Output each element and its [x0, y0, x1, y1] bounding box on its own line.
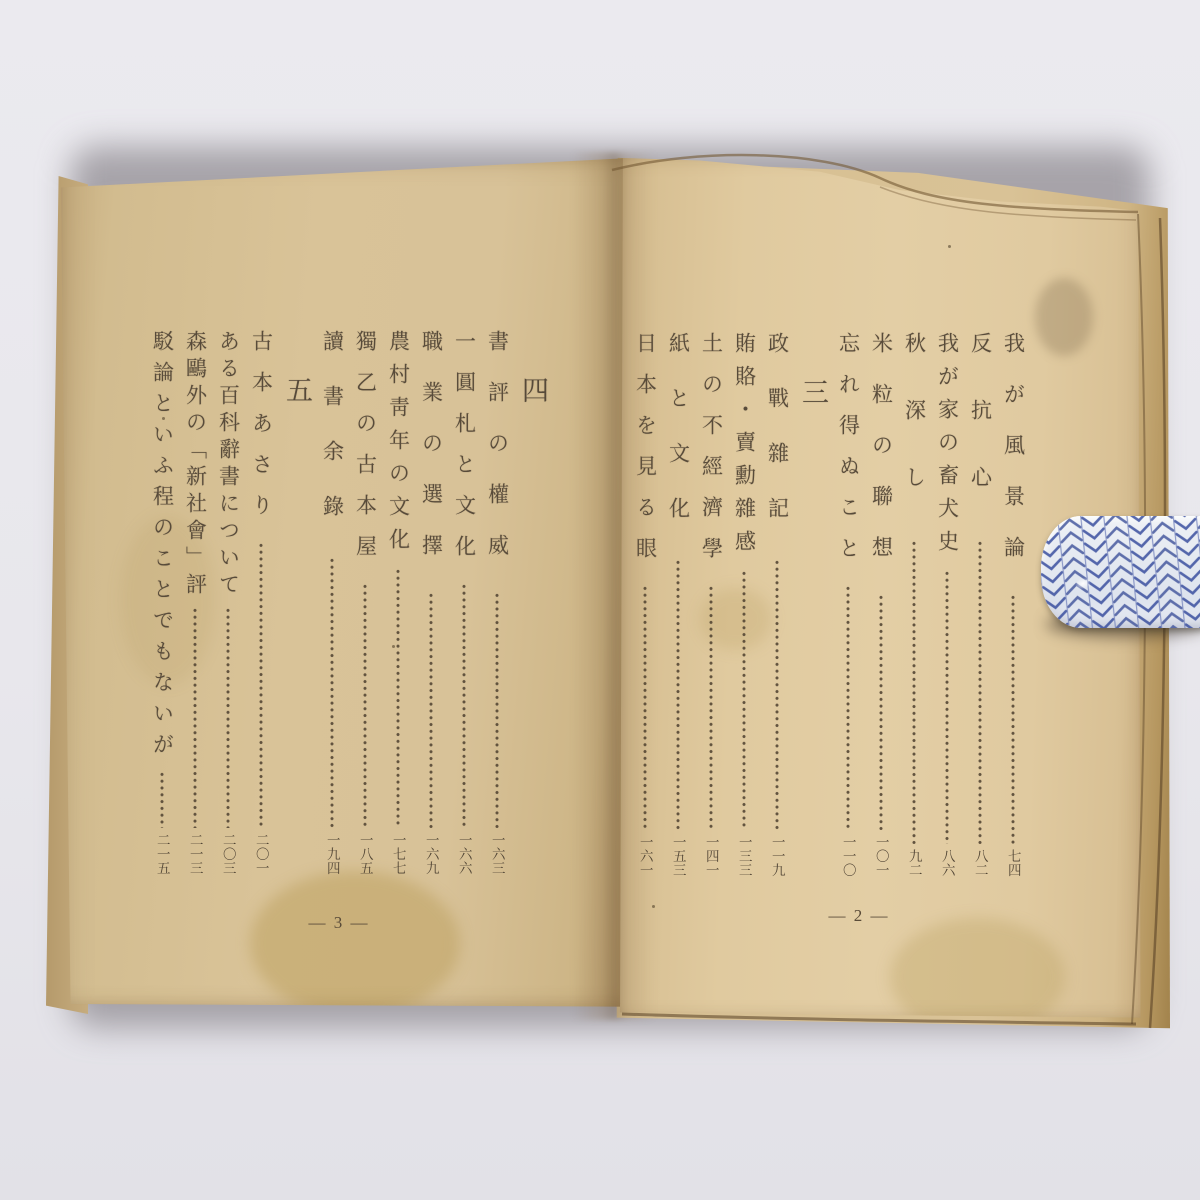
toc-title: 古本あさり — [251, 330, 272, 535]
paper-stain — [1035, 278, 1093, 356]
toc-title: 賄賂・賣勳雜感 — [734, 332, 755, 563]
porcelain-weight — [1041, 516, 1200, 628]
herringbone-pattern — [1041, 516, 1200, 628]
toc-page-number: 一九四 — [325, 833, 339, 875]
toc-leader-dots — [354, 583, 376, 828]
toc-column: ある百科辭書について 二〇三 — [217, 330, 239, 875]
toc-leader-dots — [903, 540, 925, 844]
toc-leader-dots — [936, 570, 958, 844]
toc-column: 讀書余錄 一九四 — [321, 330, 343, 875]
toc-title: ある百科辭書について — [218, 330, 239, 600]
paper-stain — [250, 871, 460, 1016]
toc-title: 政戰雜記 — [767, 332, 788, 552]
toc-leader-dots — [184, 607, 206, 828]
toc-column: 土の不經濟學 一四一 — [700, 332, 722, 877]
toc-column: 農村靑年の文化 一七七 — [387, 330, 409, 875]
toc-page-number: 二〇三 — [221, 833, 235, 875]
toc-column: 駁論といふ程のことでもないが 二一五 — [151, 330, 173, 875]
toc-column: 秋深し 九二 — [903, 332, 925, 877]
toc-column: 森鷗外の「新社會」評 二一三 — [184, 330, 206, 875]
section-number: 五 — [280, 330, 310, 875]
toc-title: 我が風景論 — [1003, 332, 1024, 587]
toc-leader-dots — [870, 594, 892, 830]
toc-title: 職業の選擇 — [421, 330, 442, 585]
toc-leader-dots — [453, 583, 475, 828]
toc-title: 我が家の畜犬史 — [937, 332, 958, 563]
section-number: 四 — [516, 330, 546, 875]
toc-page-number: 七四 — [1006, 849, 1020, 877]
toc-left: 四 書評の權威 一六三 一圓札と文化 一六六 職業の選擇 一六九 農村靑年の文化… — [134, 330, 546, 875]
toc-column: 職業の選擇 一六九 — [420, 330, 442, 875]
toc-column: 政戰雜記 一一九 — [766, 332, 788, 877]
toc-column: 古本あさり 二〇一 — [250, 330, 272, 875]
toc-leader-dots — [837, 585, 859, 830]
toc-title: 土の不經濟學 — [701, 332, 722, 578]
toc-leader-dots — [151, 771, 173, 828]
toc-title: 獨乙の古本屋 — [355, 330, 376, 576]
toc-leader-dots — [733, 570, 755, 830]
toc-page-number: 一五三 — [671, 835, 685, 877]
toc-leader-dots — [1002, 594, 1024, 844]
toc-page-number: 一四一 — [704, 835, 718, 877]
toc-column: 紙と文化 一五三 — [667, 332, 689, 877]
toc-leader-dots — [420, 592, 442, 828]
toc-column: 我が家の畜犬史 八六 — [936, 332, 958, 877]
toc-page-number: 八二 — [973, 849, 987, 877]
toc-column: 書評の權威 一六三 — [486, 330, 508, 875]
toc-page-number: 二〇一 — [254, 833, 268, 875]
toc-leader-dots — [700, 585, 722, 830]
toc-title: 一圓札と文化 — [454, 330, 475, 576]
toc-leader-dots — [969, 540, 991, 844]
toc-leader-dots — [217, 607, 239, 828]
left-page: 四 書評の權威 一六三 一圓札と文化 一六六 職業の選擇 一六九 農村靑年の文化… — [54, 155, 624, 1010]
section-number: 三 — [796, 332, 826, 877]
toc-column: 忘れ得ぬこと 一一〇 — [837, 332, 859, 877]
toc-leader-dots — [250, 542, 272, 828]
toc-title: 反抗心 — [970, 332, 991, 533]
toc-title: 紙と文化 — [668, 332, 689, 552]
toc-page-number: 九二 — [907, 849, 921, 877]
toc-title: 米粒の聯想 — [871, 332, 892, 587]
toc-page-number: 一六六 — [457, 833, 471, 875]
toc-title: 秋深し — [904, 332, 925, 533]
toc-leader-dots — [766, 559, 788, 830]
toc-title: 忘れ得ぬこと — [838, 332, 859, 578]
toc-page-number: 八六 — [940, 849, 954, 877]
toc-page-number: 一一〇 — [841, 835, 855, 877]
toc-leader-dots — [321, 557, 343, 828]
toc-title: 書評の權威 — [487, 330, 508, 585]
toc-right: 我が風景論 七四 反抗心 八二 我が家の畜犬史 八六 秋深し 九二 米粒の聯想 — [612, 332, 1024, 877]
toc-page-number: 一一九 — [770, 835, 784, 877]
toc-page-number: 一六三 — [490, 833, 504, 875]
toc-title: 駁論といふ程のことでもないが — [152, 330, 173, 764]
toc-page-number: 一〇一 — [874, 835, 888, 877]
toc-page-number: 一七七 — [391, 833, 405, 875]
paper-speck — [948, 245, 951, 248]
toc-column: 賄賂・賣勳雜感 一三三 — [733, 332, 755, 877]
toc-page-number: 一八五 — [358, 833, 372, 875]
book-photo: 我が風景論 七四 反抗心 八二 我が家の畜犬史 八六 秋深し 九二 米粒の聯想 — [0, 0, 1200, 1200]
toc-title: 讀書余錄 — [322, 330, 343, 550]
toc-title: 農村靑年の文化 — [388, 330, 409, 561]
toc-title: 森鷗外の「新社會」評 — [185, 330, 206, 600]
toc-column: 我が風景論 七四 — [1002, 332, 1024, 877]
toc-column: 一圓札と文化 一六六 — [453, 330, 475, 875]
toc-leader-dots — [667, 559, 689, 830]
toc-page-number: 二一三 — [188, 833, 202, 875]
toc-page-number: 一三三 — [737, 835, 751, 877]
toc-column: 獨乙の古本屋 一八五 — [354, 330, 376, 875]
toc-page-number: 一六九 — [424, 833, 438, 875]
toc-column: 反抗心 八二 — [969, 332, 991, 877]
toc-leader-dots — [387, 568, 409, 828]
toc-column: 米粒の聯想 一〇一 — [870, 332, 892, 877]
toc-page-number: 二一五 — [155, 833, 169, 875]
page-number-footer: — 3 — — [284, 913, 394, 933]
gutter-shadow — [572, 152, 656, 1020]
toc-leader-dots — [486, 592, 508, 828]
page-number-footer: — 2 — — [804, 906, 914, 926]
